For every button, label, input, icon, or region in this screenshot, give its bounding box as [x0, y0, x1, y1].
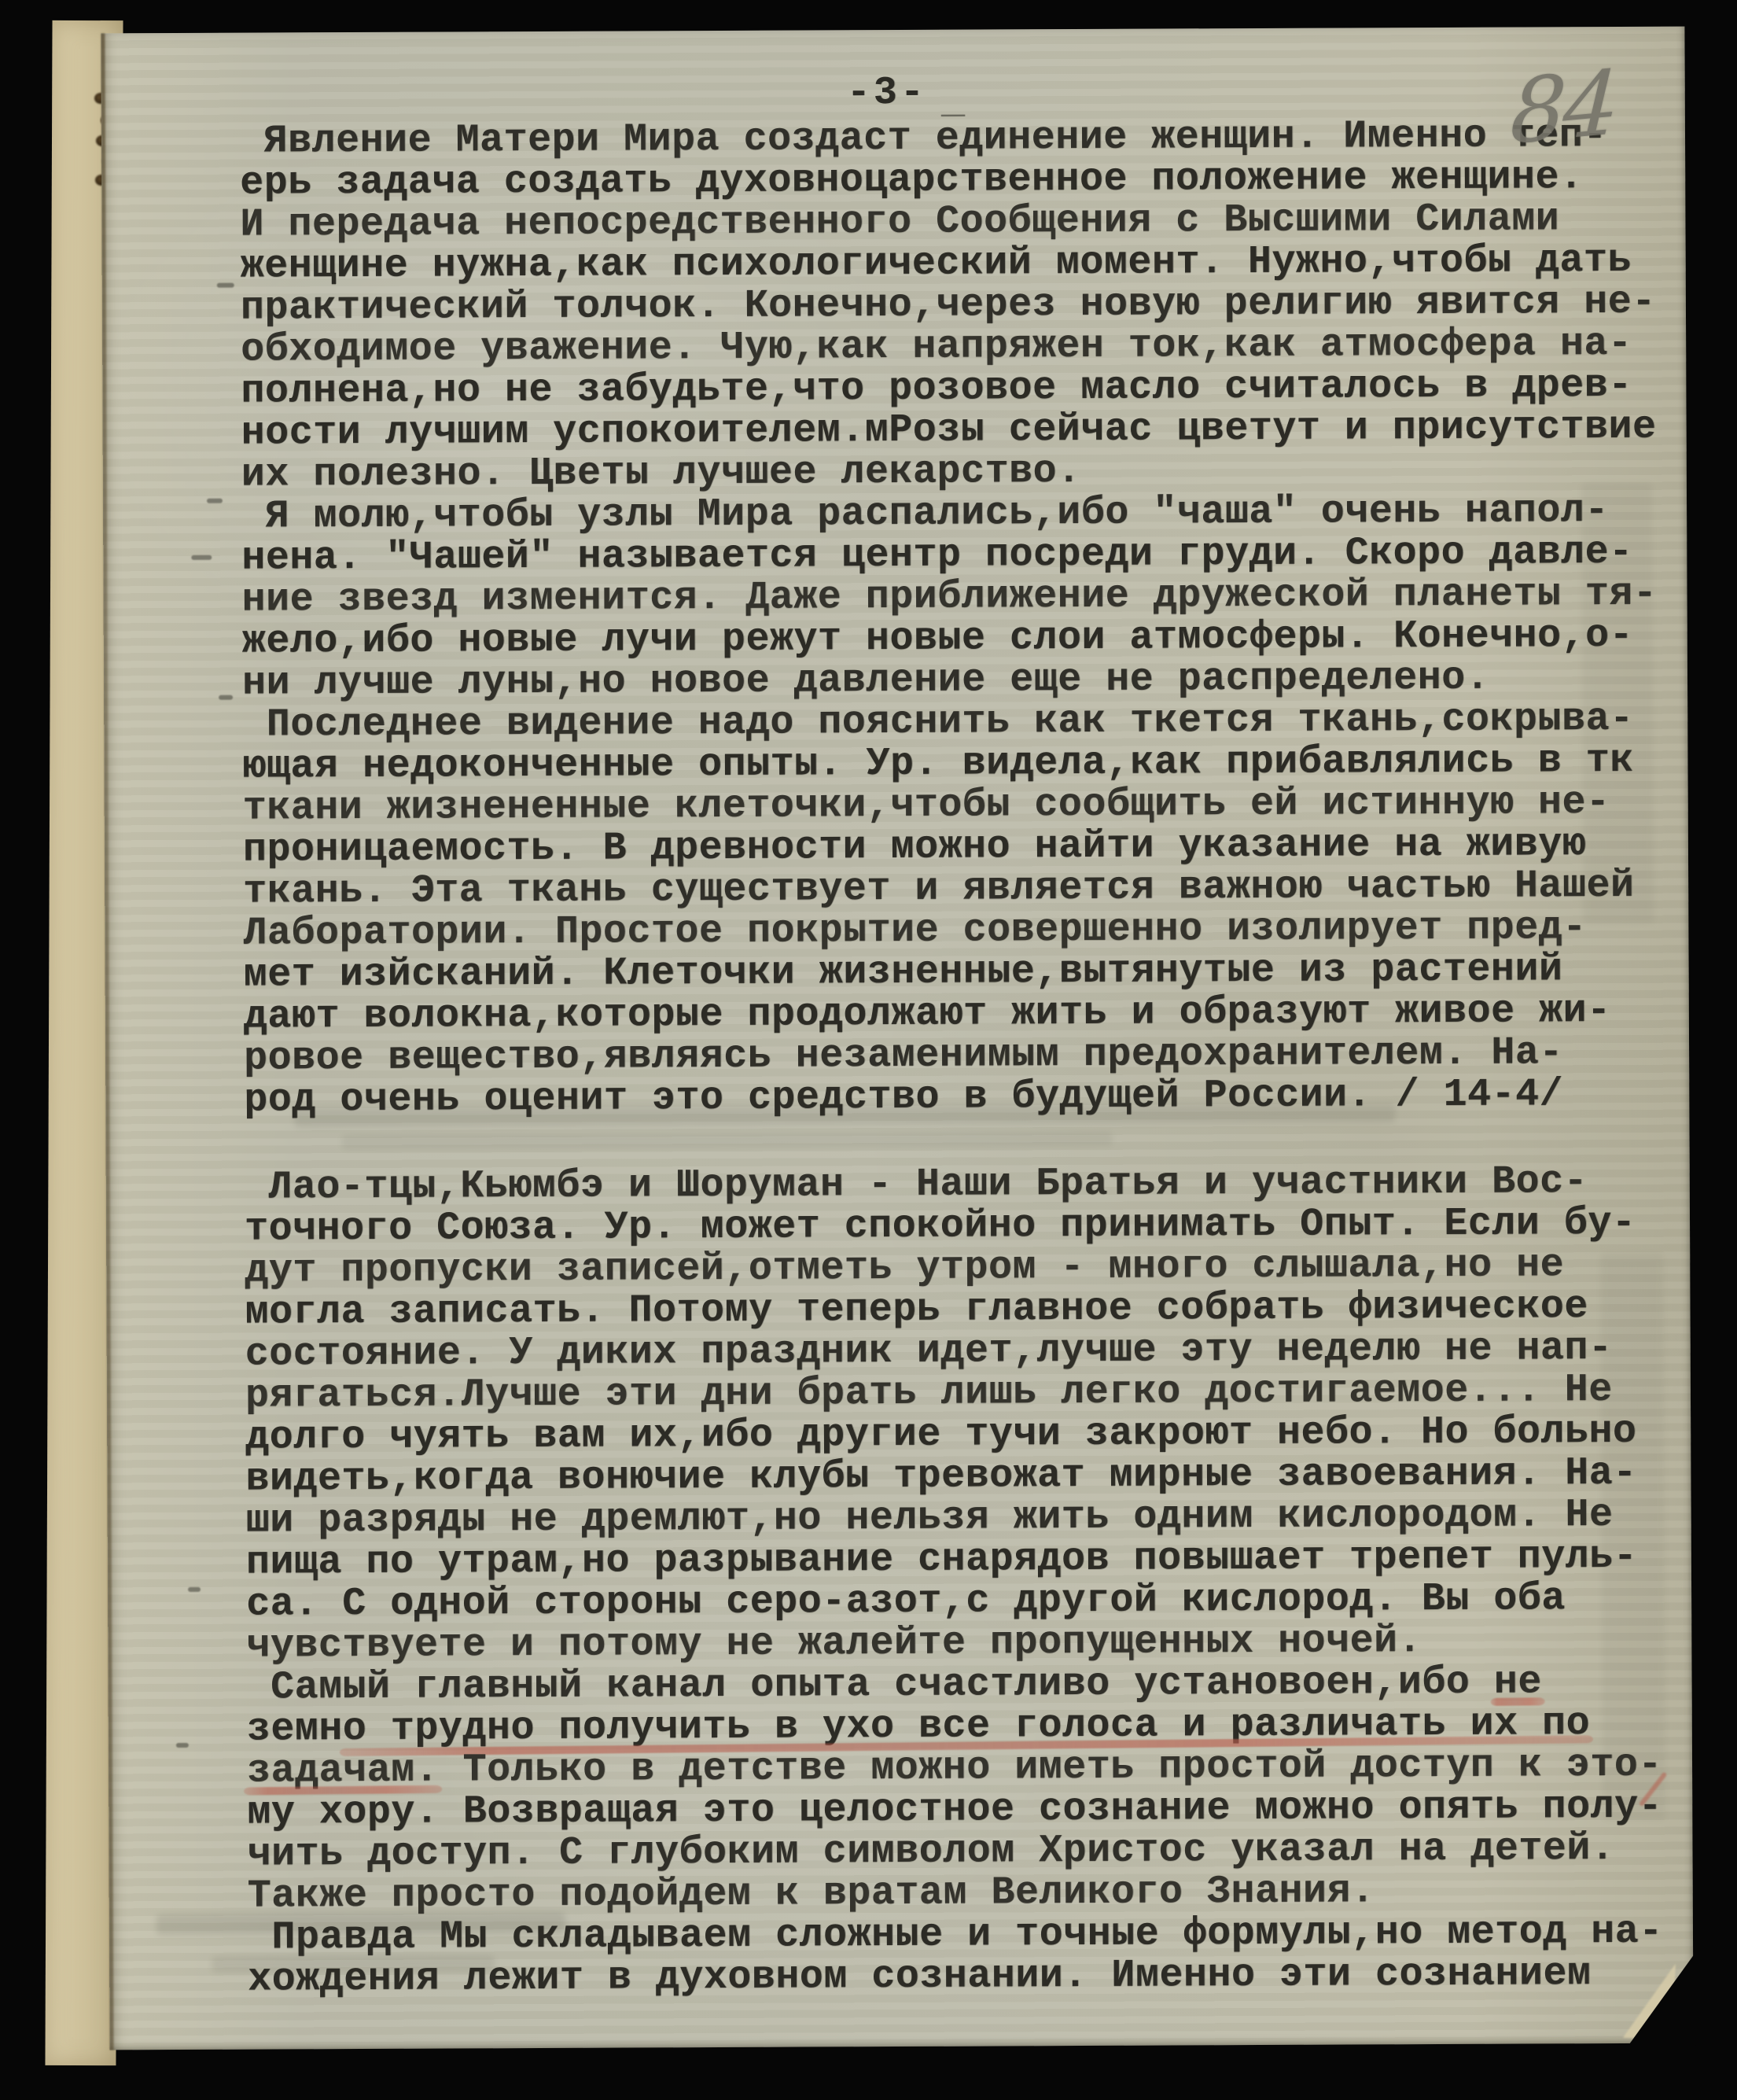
- text-line: ности лучшим успокоителем.мРозы сейчас ц…: [241, 407, 1680, 455]
- text-segment: их полезно. Цветы лучшее лекарство.: [241, 449, 1081, 498]
- text-segment: земн: [247, 1707, 343, 1752]
- text-segment: Лао-тцы,Кьюмбэ и Шоруман - Наши Братья и…: [245, 1159, 1588, 1210]
- text-segment: Лаборатории. Простое покрытие совершенно…: [243, 905, 1587, 956]
- text-segment: Явление Матери Мира создаст единение жен…: [240, 113, 1607, 164]
- text-segment: ности лучшим успокоителем.мРозы сейчас ц…: [241, 405, 1657, 456]
- text-line: Также просто подойдем к вратам Великого …: [248, 1870, 1687, 1918]
- text-line: ткани жизнененные клеточки,чтобы сообщит…: [243, 782, 1682, 830]
- text-line: са. С одной стороны серо-азот,с другой к…: [246, 1578, 1685, 1626]
- text-line: ровое вещество,являясь незаменимым предо…: [244, 1032, 1683, 1080]
- text-segment: И передача непосредственного Сообщения с…: [240, 197, 1559, 247]
- text-segment: хождения лежит в духовном сознании. Имен…: [248, 1951, 1592, 2002]
- text-line: Я молю,чтобы узлы Мира распались,ибо "ча…: [241, 490, 1680, 538]
- margin-dash-artifact: [191, 555, 212, 560]
- paragraph: Последнее видение надо пояснить как ткет…: [242, 698, 1683, 1122]
- text-body: Явление Матери Мира создаст единение жен…: [240, 115, 1687, 2001]
- text-line: род очень оценит это средство в будущей …: [244, 1074, 1683, 1122]
- typewritten-content: -3-_ Явление Матери Мира создаст единени…: [240, 71, 1687, 2001]
- red-underlined-text: не: [1494, 1660, 1542, 1704]
- text-line: Последнее видение надо пояснить как ткет…: [242, 698, 1681, 746]
- scan-background: { "page_header": { "page_number": "-3-",…: [0, 0, 1737, 2100]
- paragraph: Лао-тцы,Кьюмбэ и Шоруман - Наши Братья и…: [245, 1161, 1686, 1667]
- handwritten-folio-number: 84: [1508, 52, 1618, 164]
- text-line: чить доступ. С глубоким символом Христос…: [247, 1828, 1686, 1876]
- margin-dash-artifact: [217, 283, 234, 288]
- scanned-page: -3-_ Явление Матери Мира создаст единени…: [101, 27, 1693, 2050]
- text-line: рягаться.Лучше эти дни брать лишь легко …: [245, 1369, 1684, 1417]
- text-line: хождения лежит в духовном сознании. Имен…: [248, 1953, 1687, 2001]
- text-line: обходимое уважение. Чую,как напряжен ток…: [241, 323, 1680, 371]
- text-line: задачам. Только в детстве можно иметь пр…: [247, 1744, 1686, 1792]
- text-segment: ровое вещество,являясь незаменимым предо…: [244, 1030, 1563, 1081]
- text-segment: Также просто подойдем к вратам Великого …: [248, 1869, 1375, 1918]
- text-segment: Я молю,чтобы узлы Мира распались,ибо "ча…: [241, 488, 1609, 540]
- text-segment: Последнее видение надо пояснить как ткет…: [242, 697, 1634, 748]
- margin-dash-artifact: [219, 695, 233, 700]
- bottom-right-corner-cut: [1628, 1953, 1696, 2046]
- margin-dash-artifact: [207, 499, 223, 503]
- text-segment: ши разряды не дремлют,но нельзя жить одн…: [246, 1493, 1614, 1544]
- text-line: Лаборатории. Простое покрытие совершенно…: [243, 907, 1682, 955]
- text-line: ние звезд изменится. Даже приближение др…: [241, 573, 1680, 621]
- page-number: -3-: [847, 71, 927, 116]
- paragraph: Самый главный канал опыта счастливо уста…: [246, 1661, 1687, 2001]
- text-line: И передача непосредственного Сообщения с…: [240, 198, 1679, 246]
- text-line: Явление Матери Мира создаст единение жен…: [240, 115, 1679, 163]
- margin-dash-artifact: [176, 1743, 189, 1748]
- text-line: дут пропуски записей,отметь утром - мног…: [245, 1244, 1684, 1292]
- red-underlined-text: задачам.: [247, 1748, 439, 1794]
- text-segment: рягаться.Лучше эти дни брать лишь легко …: [245, 1368, 1613, 1419]
- text-segment: ние звезд изменится. Даже приближение др…: [241, 572, 1657, 623]
- text-segment: обходимое уважение. Чую,как напряжен ток…: [241, 322, 1632, 373]
- paragraph: Я молю,чтобы узлы Мира распались,ибо "ча…: [241, 490, 1681, 705]
- margin-dash-artifact: [188, 1587, 201, 1592]
- text-segment: дут пропуски записей,отметь утром - мног…: [245, 1243, 1564, 1293]
- text-segment: Только в детстве можно иметь простой дос…: [439, 1743, 1662, 1793]
- text-segment: чить доступ. С глубоким символом Христос…: [247, 1826, 1614, 1877]
- text-line: ши разряды не дремлют,но нельзя жить одн…: [246, 1494, 1685, 1542]
- paragraph: Явление Матери Мира создаст единение жен…: [240, 115, 1680, 496]
- text-segment: ткани жизнененные клеточки,чтобы сообщит…: [243, 780, 1610, 831]
- text-line: Лао-тцы,Кьюмбэ и Шоруман - Наши Братья и…: [245, 1161, 1684, 1209]
